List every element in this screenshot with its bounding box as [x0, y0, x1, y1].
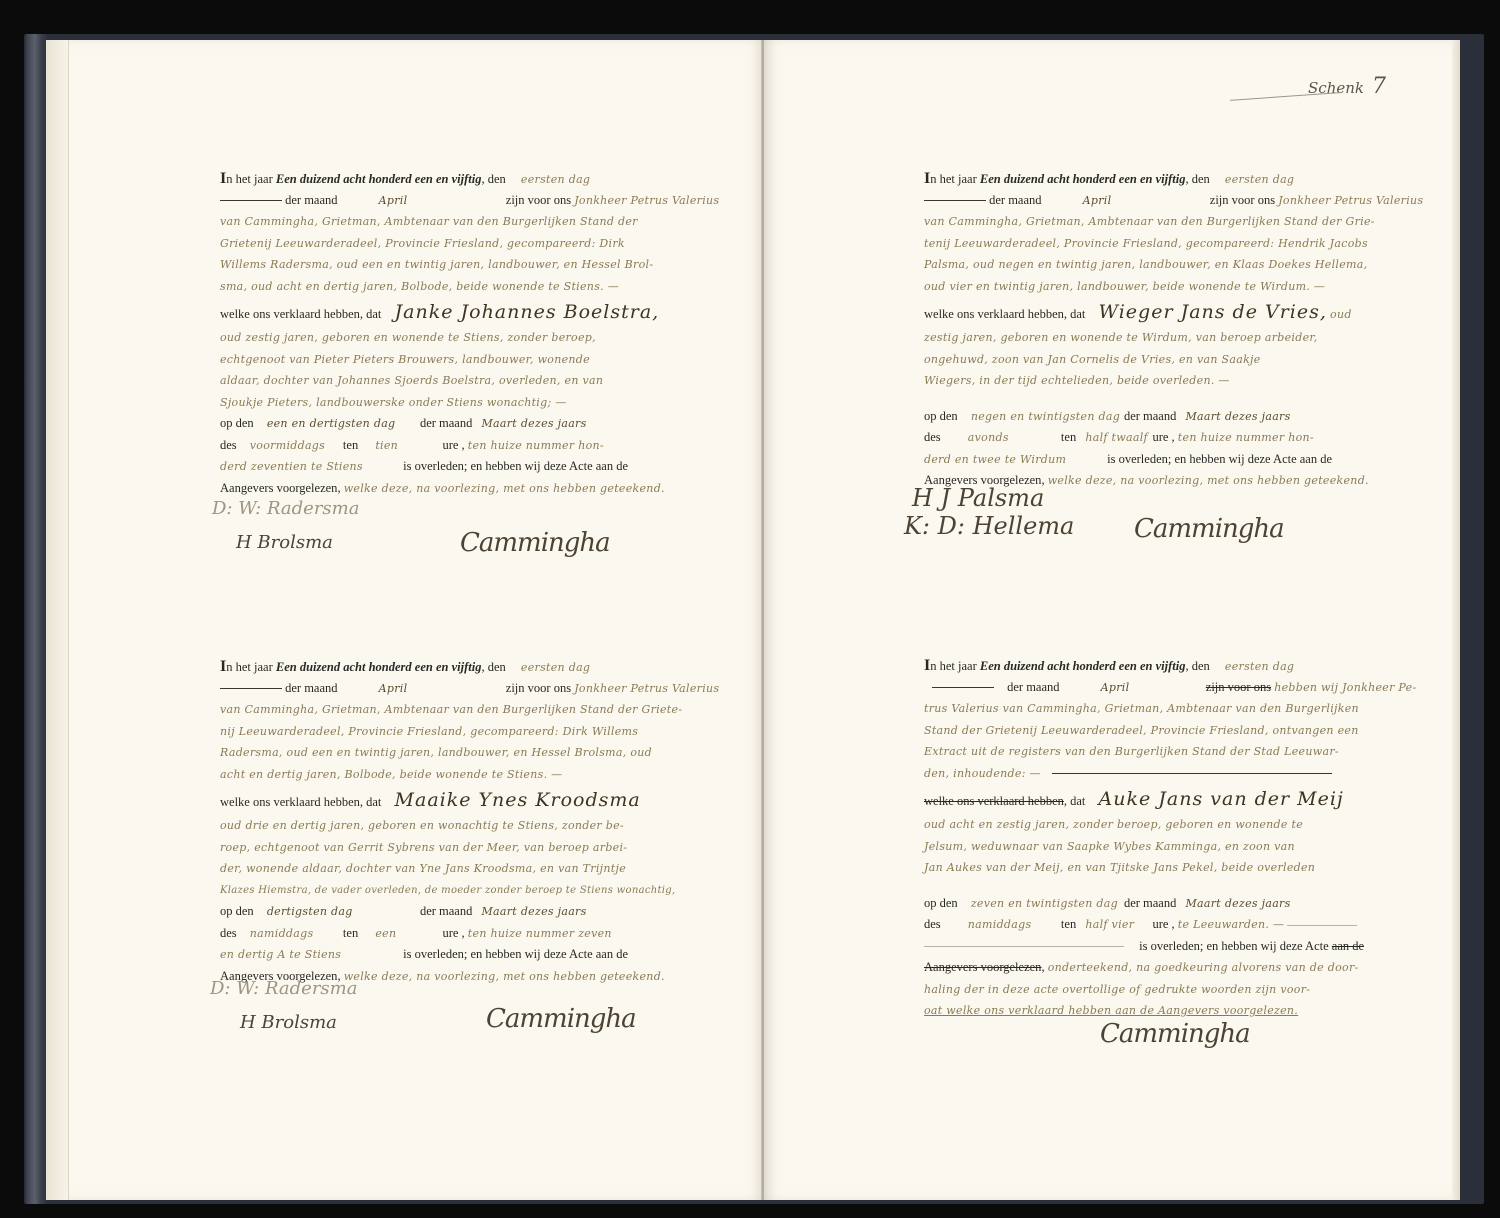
death-day: dertigsten dag: [267, 901, 417, 923]
death-hour: een: [375, 923, 439, 945]
folio-number: 7: [1372, 74, 1386, 99]
closing-text: welke deze, na voorlezing, met ons hebbe…: [1048, 474, 1369, 487]
signature-witness-2: H Brolsma: [240, 1012, 337, 1033]
death-place: te Leeuwarden. —: [1178, 918, 1285, 931]
year-text: Een duizend acht honderd een en vijftig: [276, 172, 482, 186]
closing-text: welke deze, na voorlezing, met ons hebbe…: [344, 970, 665, 983]
book-spine-cloth: [26, 34, 48, 1204]
death-hour: tien: [375, 435, 439, 457]
struck-printed-text: zijn voor ons: [1206, 677, 1271, 699]
blank-rule: [220, 200, 282, 201]
death-month: Maart dezes jaars: [481, 413, 586, 435]
record-month: April: [379, 190, 469, 212]
deceased-name: Janke Johannes Boelstra,: [395, 297, 660, 327]
blank-rule: [220, 688, 282, 689]
deceased-name: Maaike Ynes Kroodsma: [395, 785, 641, 815]
death-month: Maart dezes jaars: [1185, 893, 1290, 915]
blank-rule: [924, 946, 1124, 947]
closing-text: welke deze, na voorlezing, met ons hebbe…: [344, 482, 665, 495]
record-day: eersten dag: [521, 169, 590, 191]
signature-witness-2: H Brolsma: [236, 532, 333, 553]
death-hour: half vier: [1085, 914, 1149, 936]
deceased-name: Auke Jans van der Meij: [1099, 784, 1344, 814]
death-place: derd en twee te Wirdum: [924, 449, 1104, 471]
death-day: zeven en twintigsten dag: [971, 893, 1121, 915]
signature-witness-1: D: W: Radersma: [212, 498, 359, 519]
death-record: In het jaar Een duizend acht honderd een…: [220, 656, 740, 987]
time-of-day: voormiddags: [250, 435, 340, 457]
time-of-day: namiddags: [968, 914, 1058, 936]
death-place: en dertig A te Stiens: [220, 944, 400, 966]
signature-official: Cammingha: [1134, 514, 1284, 544]
time-of-day: avonds: [968, 427, 1058, 449]
blank-rule: [932, 687, 994, 688]
official-name: Jonkheer Petrus Valerius: [574, 682, 719, 695]
page-edge: [1452, 40, 1460, 1200]
closing-text: onderteekend, na goedkeuring alvorens va…: [1048, 961, 1359, 974]
death-hour: half twaalf: [1085, 427, 1149, 449]
death-place: derd zeventien te Stiens: [220, 456, 400, 478]
signature-witness-2: K: D: Hellema: [904, 512, 1074, 540]
record-day: eersten dag: [521, 657, 590, 679]
record-day: eersten dag: [1225, 169, 1294, 191]
page-number: Schenk7: [1308, 74, 1386, 99]
death-month: Maart dezes jaars: [1185, 406, 1290, 428]
record-month: April: [379, 678, 469, 700]
deceased-name: Wieger Jans de Vries,: [1099, 297, 1327, 327]
struck-printed-text: Aangevers voorgelezen: [924, 960, 1041, 974]
page-edge: [46, 40, 69, 1200]
record-month: April: [1101, 677, 1191, 699]
death-day: een en dertigsten dag: [267, 413, 417, 435]
signature-witness-1: D: W: Radersma: [210, 978, 357, 999]
official-name: Jonkheer Petrus Valerius: [574, 194, 719, 207]
death-record: In het jaar Een duizend acht honderd een…: [924, 655, 1444, 1022]
time-of-day: namiddags: [250, 923, 340, 945]
record-month: April: [1083, 190, 1173, 212]
record-day: eersten dag: [1225, 656, 1294, 678]
signature-official: Cammingha: [460, 528, 610, 558]
struck-printed-text: welke ons verklaard hebben: [924, 794, 1064, 808]
death-month: Maart dezes jaars: [481, 901, 586, 923]
death-day: negen en twintigsten dag: [971, 406, 1121, 428]
official-name: Jonkheer Petrus Valerius: [1278, 194, 1423, 207]
signature-witness-1: H J Palsma: [912, 484, 1044, 512]
official-name: hebben wij Jonkheer Pe-: [1274, 681, 1416, 694]
record-intro-line: In het jaar Een duizend acht honderd een…: [220, 168, 740, 190]
blank-rule: [924, 200, 986, 201]
death-record: In het jaar Een duizend acht honderd een…: [924, 168, 1444, 492]
signature-official: Cammingha: [1100, 1019, 1250, 1049]
death-record: In het jaar Een duizend acht honderd een…: [220, 168, 740, 499]
signature-official: Cammingha: [486, 1004, 636, 1034]
